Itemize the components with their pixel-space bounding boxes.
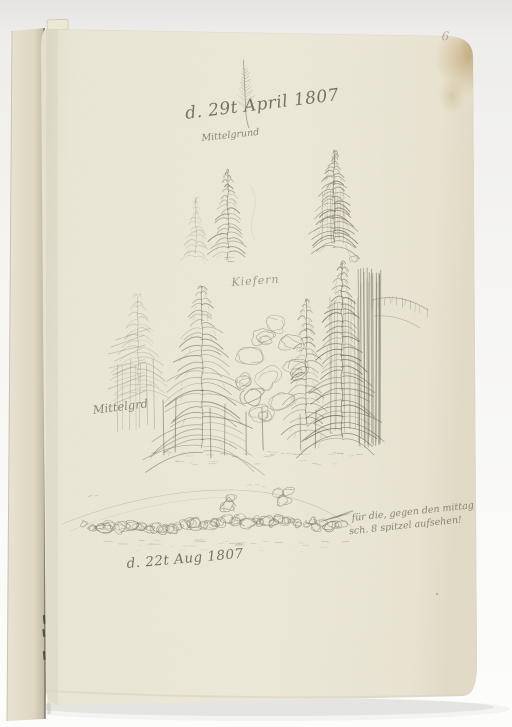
facing-page-edge <box>7 28 46 721</box>
paper-speck <box>436 593 438 595</box>
page-number: 6 <box>441 29 449 43</box>
sketchbook-scan: d. 29t April 1807 Mittelgrund Kiefern Mi… <box>0 0 512 727</box>
page-surface-details <box>30 18 502 720</box>
paper-tab <box>47 19 68 30</box>
